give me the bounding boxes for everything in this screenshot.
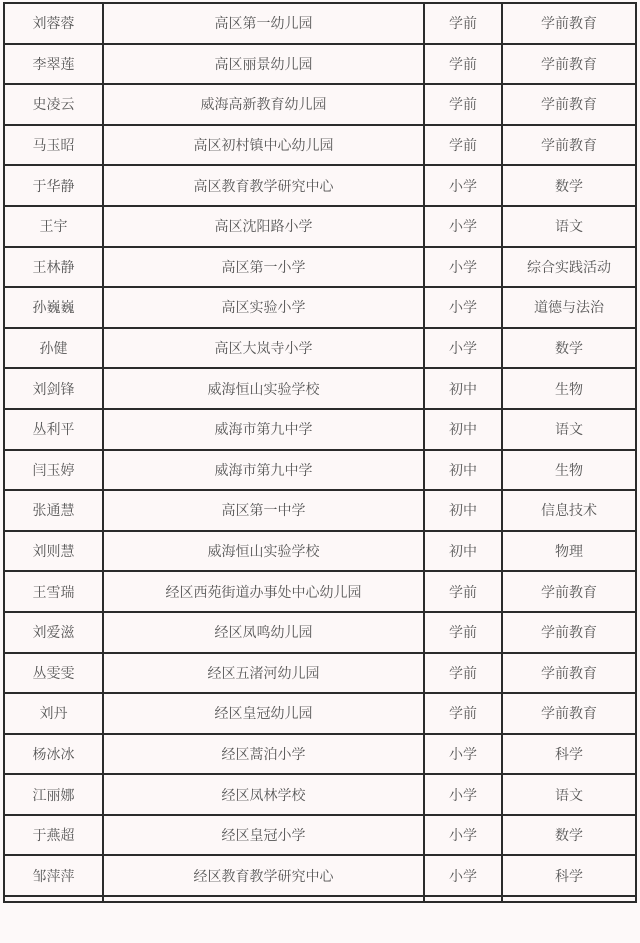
cell-name: 王林静 (4, 247, 103, 288)
cell-subject: 数学 (502, 165, 636, 206)
cell-subject: 数学 (502, 815, 636, 856)
cell-empty (424, 896, 502, 902)
cell-name: 王宇 (4, 206, 103, 247)
cell-level: 学前 (424, 44, 502, 85)
cell-name: 江丽娜 (4, 774, 103, 815)
table-row: 孙巍巍高区实验小学小学道德与法治 (4, 287, 636, 328)
cell-name: 刘蓉蓉 (4, 3, 103, 44)
table-row: 张通慧高区第一中学初中信息技术 (4, 490, 636, 531)
cell-subject: 语文 (502, 774, 636, 815)
cell-name: 史凌云 (4, 84, 103, 125)
cell-subject: 学前教育 (502, 653, 636, 694)
cell-name: 刘爱滋 (4, 612, 103, 653)
cell-school: 高区实验小学 (103, 287, 424, 328)
cell-level: 学前 (424, 84, 502, 125)
cell-school: 经区蒿泊小学 (103, 734, 424, 775)
cell-school: 经区凤林学校 (103, 774, 424, 815)
cell-school: 经区五渚河幼儿园 (103, 653, 424, 694)
cell-subject: 学前教育 (502, 571, 636, 612)
cell-subject: 学前教育 (502, 84, 636, 125)
cell-level: 学前 (424, 571, 502, 612)
cell-level: 小学 (424, 287, 502, 328)
cell-level: 学前 (424, 612, 502, 653)
cell-school: 经区凤鸣幼儿园 (103, 612, 424, 653)
cell-school: 高区大岚寺小学 (103, 328, 424, 369)
cell-level: 小学 (424, 815, 502, 856)
cell-level: 学前 (424, 3, 502, 44)
cell-level: 小学 (424, 328, 502, 369)
cell-level: 初中 (424, 450, 502, 491)
cell-school: 威海恒山实验学校 (103, 531, 424, 572)
table-row: 杨冰冰经区蒿泊小学小学科学 (4, 734, 636, 775)
cell-name: 于燕超 (4, 815, 103, 856)
cell-subject: 科学 (502, 734, 636, 775)
table-row: 丛利平威海市第九中学初中语文 (4, 409, 636, 450)
cell-level: 学前 (424, 125, 502, 166)
cell-level: 小学 (424, 855, 502, 896)
cell-school: 威海恒山实验学校 (103, 368, 424, 409)
cell-subject: 语文 (502, 409, 636, 450)
cell-name: 李翠莲 (4, 44, 103, 85)
cell-school: 高区第一幼儿园 (103, 3, 424, 44)
cell-level: 初中 (424, 490, 502, 531)
cell-subject: 信息技术 (502, 490, 636, 531)
cell-level: 小学 (424, 206, 502, 247)
teacher-table: 刘蓉蓉高区第一幼儿园学前学前教育 李翠莲高区丽景幼儿园学前学前教育 史凌云威海高… (3, 2, 637, 903)
cell-subject: 学前教育 (502, 44, 636, 85)
cell-name: 张通慧 (4, 490, 103, 531)
cell-name: 于华静 (4, 165, 103, 206)
cell-school: 高区第一中学 (103, 490, 424, 531)
table-row: 王林静高区第一小学小学综合实践活动 (4, 247, 636, 288)
cell-name: 刘丹 (4, 693, 103, 734)
table-row: 孙健高区大岚寺小学小学数学 (4, 328, 636, 369)
cell-school: 经区皇冠幼儿园 (103, 693, 424, 734)
cell-name: 刘则慧 (4, 531, 103, 572)
cell-level: 小学 (424, 734, 502, 775)
cell-name: 闫玉婷 (4, 450, 103, 491)
table-row: 史凌云威海高新教育幼儿园学前学前教育 (4, 84, 636, 125)
cell-subject: 学前教育 (502, 612, 636, 653)
cell-level: 学前 (424, 653, 502, 694)
table-row: 刘蓉蓉高区第一幼儿园学前学前教育 (4, 3, 636, 44)
table-row: 江丽娜经区凤林学校小学语文 (4, 774, 636, 815)
cell-subject: 生物 (502, 450, 636, 491)
cell-name: 孙健 (4, 328, 103, 369)
cell-name: 邹萍萍 (4, 855, 103, 896)
teacher-table-body: 刘蓉蓉高区第一幼儿园学前学前教育 李翠莲高区丽景幼儿园学前学前教育 史凌云威海高… (4, 3, 636, 902)
cell-school: 威海市第九中学 (103, 450, 424, 491)
table-row: 丛雯雯经区五渚河幼儿园学前学前教育 (4, 653, 636, 694)
table-row-partial (4, 896, 636, 902)
table-row: 刘爱滋经区凤鸣幼儿园学前学前教育 (4, 612, 636, 653)
cell-subject: 科学 (502, 855, 636, 896)
cell-name: 刘剑锋 (4, 368, 103, 409)
table-row: 王雪瑞经区西苑街道办事处中心幼儿园学前学前教育 (4, 571, 636, 612)
cell-level: 小学 (424, 165, 502, 206)
cell-subject: 语文 (502, 206, 636, 247)
cell-level: 初中 (424, 368, 502, 409)
cell-name: 丛雯雯 (4, 653, 103, 694)
cell-level: 学前 (424, 693, 502, 734)
table-row: 邹萍萍经区教育教学研究中心小学科学 (4, 855, 636, 896)
cell-name: 孙巍巍 (4, 287, 103, 328)
cell-subject: 综合实践活动 (502, 247, 636, 288)
table-row: 马玉昭高区初村镇中心幼儿园学前学前教育 (4, 125, 636, 166)
table-row: 于华静高区教育教学研究中心小学数学 (4, 165, 636, 206)
table-row: 王宇高区沈阳路小学小学语文 (4, 206, 636, 247)
cell-school: 高区丽景幼儿园 (103, 44, 424, 85)
cell-name: 王雪瑞 (4, 571, 103, 612)
cell-school: 高区第一小学 (103, 247, 424, 288)
cell-name: 马玉昭 (4, 125, 103, 166)
cell-name: 丛利平 (4, 409, 103, 450)
cell-subject: 生物 (502, 368, 636, 409)
cell-school: 高区沈阳路小学 (103, 206, 424, 247)
cell-level: 初中 (424, 409, 502, 450)
table-row: 刘则慧威海恒山实验学校初中物理 (4, 531, 636, 572)
cell-level: 小学 (424, 247, 502, 288)
table-row: 刘丹经区皇冠幼儿园学前学前教育 (4, 693, 636, 734)
cell-level: 初中 (424, 531, 502, 572)
cell-school: 高区初村镇中心幼儿园 (103, 125, 424, 166)
cell-school: 经区皇冠小学 (103, 815, 424, 856)
cell-school: 威海市第九中学 (103, 409, 424, 450)
cell-name: 杨冰冰 (4, 734, 103, 775)
cell-school: 威海高新教育幼儿园 (103, 84, 424, 125)
cell-school: 经区西苑街道办事处中心幼儿园 (103, 571, 424, 612)
teacher-list-container: 刘蓉蓉高区第一幼儿园学前学前教育 李翠莲高区丽景幼儿园学前学前教育 史凌云威海高… (3, 2, 635, 903)
cell-subject: 道德与法治 (502, 287, 636, 328)
cell-school: 经区教育教学研究中心 (103, 855, 424, 896)
cell-empty (502, 896, 636, 902)
cell-school: 高区教育教学研究中心 (103, 165, 424, 206)
table-row: 刘剑锋威海恒山实验学校初中生物 (4, 368, 636, 409)
table-row: 于燕超经区皇冠小学小学数学 (4, 815, 636, 856)
cell-empty (103, 896, 424, 902)
cell-subject: 学前教育 (502, 3, 636, 44)
cell-level: 小学 (424, 774, 502, 815)
table-row: 闫玉婷威海市第九中学初中生物 (4, 450, 636, 491)
cell-subject: 数学 (502, 328, 636, 369)
cell-subject: 学前教育 (502, 125, 636, 166)
table-row: 李翠莲高区丽景幼儿园学前学前教育 (4, 44, 636, 85)
cell-empty (4, 896, 103, 902)
cell-subject: 学前教育 (502, 693, 636, 734)
cell-subject: 物理 (502, 531, 636, 572)
